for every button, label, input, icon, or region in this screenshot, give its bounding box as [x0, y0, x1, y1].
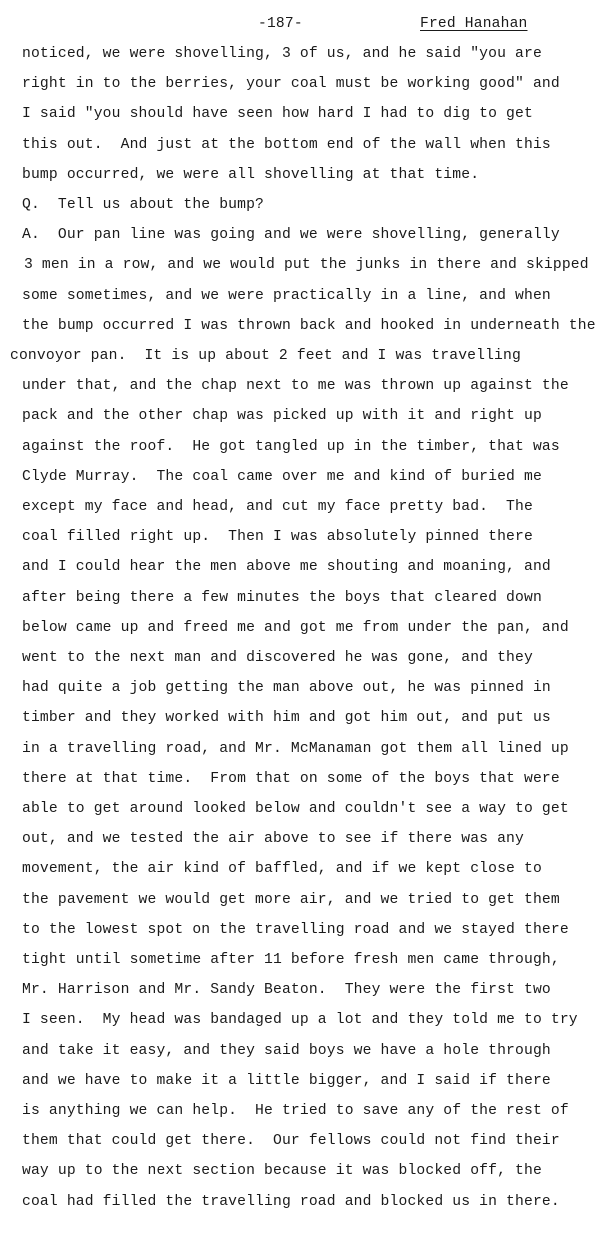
transcript-line: timber and they worked with him and got …: [22, 708, 551, 728]
page-number: -187-: [258, 16, 303, 32]
transcript-line: bump occurred, we were all shovelling at…: [22, 165, 479, 185]
transcript-line: pack and the other chap was picked up wi…: [22, 406, 542, 426]
transcript-line: I seen. My head was bandaged up a lot an…: [22, 1010, 578, 1030]
transcript-line: some sometimes, and we were practically …: [22, 286, 551, 306]
transcript-line: convoyor pan. It is up about 2 feet and …: [10, 346, 521, 366]
transcript-line: A. Our pan line was going and we were sh…: [22, 225, 560, 245]
transcript-line: right in to the berries, your coal must …: [22, 74, 560, 94]
transcript-line: to the lowest spot on the travelling roa…: [22, 920, 569, 940]
transcript-line: under that, and the chap next to me was …: [22, 376, 569, 396]
transcript-line: the bump occurred I was thrown back and …: [22, 316, 596, 336]
transcript-line: there at that time. From that on some of…: [22, 769, 560, 789]
transcript-line: after being there a few minutes the boys…: [22, 588, 542, 608]
transcript-line: except my face and head, and cut my face…: [22, 497, 533, 517]
transcript-line: 3 men in a row, and we would put the jun…: [24, 255, 589, 275]
page-header: -187- Fred Hanahan: [0, 14, 610, 36]
transcript-line: them that could get there. Our fellows c…: [22, 1131, 560, 1151]
transcript-line: coal had filled the travelling road and …: [22, 1192, 560, 1212]
transcript-line: went to the next man and discovered he w…: [22, 648, 533, 668]
transcript-line: Q. Tell us about the bump?: [22, 195, 264, 215]
transcript-line: the pavement we would get more air, and …: [22, 890, 560, 910]
transcript-line: way up to the next section because it wa…: [22, 1161, 542, 1181]
transcript-line: Clyde Murray. The coal came over me and …: [22, 467, 542, 487]
transcript-line: this out. And just at the bottom end of …: [22, 135, 551, 155]
document-page: -187- Fred Hanahan noticed, we were shov…: [0, 0, 610, 1238]
witness-name: Fred Hanahan: [420, 16, 528, 32]
transcript-line: I said "you should have seen how hard I …: [22, 104, 533, 124]
transcript-line: coal filled right up. Then I was absolut…: [22, 527, 533, 547]
transcript-line: below came up and freed me and got me fr…: [22, 618, 569, 638]
transcript-line: in a travelling road, and Mr. McManaman …: [22, 739, 569, 759]
transcript-line: and I could hear the men above me shouti…: [22, 557, 551, 577]
transcript-line: is anything we can help. He tried to sav…: [22, 1101, 569, 1121]
transcript-line: had quite a job getting the man above ou…: [22, 678, 551, 698]
transcript-line: and take it easy, and they said boys we …: [22, 1041, 551, 1061]
transcript-line: able to get around looked below and coul…: [22, 799, 569, 819]
transcript-line: Mr. Harrison and Mr. Sandy Beaton. They …: [22, 980, 551, 1000]
transcript-line: and we have to make it a little bigger, …: [22, 1071, 551, 1091]
transcript-line: against the roof. He got tangled up in t…: [22, 437, 560, 457]
transcript-line: out, and we tested the air above to see …: [22, 829, 524, 849]
transcript-line: movement, the air kind of baffled, and i…: [22, 859, 542, 879]
transcript-line: noticed, we were shovelling, 3 of us, an…: [22, 44, 542, 64]
transcript-line: tight until sometime after 11 before fre…: [22, 950, 560, 970]
